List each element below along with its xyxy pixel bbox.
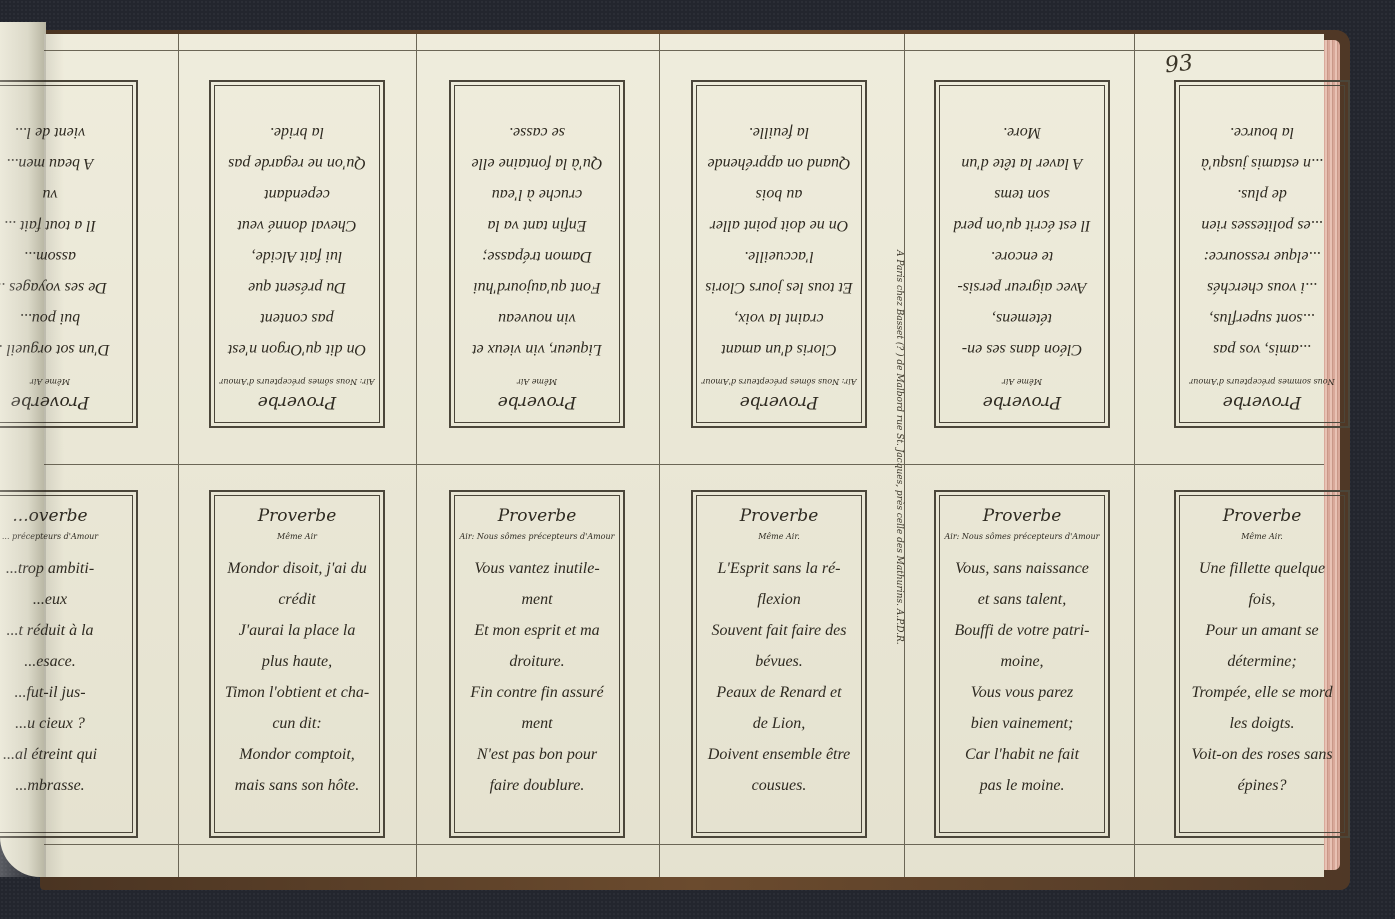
proverb-card: ProverbeNous sommes précepteurs d'Amour.… xyxy=(1174,80,1350,428)
proverb-card: ProverbeAir: Nous sômes précepteurs d'Am… xyxy=(209,80,385,428)
verse-line: On ne doit point aller xyxy=(697,210,861,241)
verse-line: Quand on appréhende xyxy=(697,148,861,179)
verse-line: son tems xyxy=(940,179,1104,210)
proverb-card: ProverbeMême AirLiqueur, vin vieux etvin… xyxy=(449,80,625,428)
card-air-note: Air: Nous sômes précepteurs d'Amour xyxy=(455,532,619,541)
cut-line-vertical xyxy=(1134,34,1135,877)
verse-line: cun dit: xyxy=(215,708,379,739)
verse-line: Qu'on ne regarde pas xyxy=(215,148,379,179)
card-title: Proverbe xyxy=(940,506,1104,526)
verse-line: More. xyxy=(940,117,1104,148)
verse-line: la bource. xyxy=(1180,117,1344,148)
proverb-card: ProverbeAir: Nous sômes précepteurs d'Am… xyxy=(934,490,1110,838)
verse-line: cousues. xyxy=(697,770,861,801)
verse-line: et sans talent, xyxy=(940,584,1104,615)
verse-line: les doigts. xyxy=(1180,708,1344,739)
verse-line: Cléon dans ses en- xyxy=(940,334,1104,365)
card-title: Proverbe xyxy=(1180,506,1344,526)
verse-line: se casse. xyxy=(455,117,619,148)
verse-line: Pour un amant se xyxy=(1180,615,1344,646)
cut-line-horizontal xyxy=(44,844,1324,845)
verse-line: Liqueur, vin vieux et xyxy=(455,334,619,365)
verse-line: crédit xyxy=(215,584,379,615)
verse-line: Et tous les jours Cloris xyxy=(697,272,861,303)
verse-line: Et mon esprit et ma xyxy=(455,615,619,646)
card-frame: ProverbeNous sommes précepteurs d'Amour.… xyxy=(1179,85,1345,423)
verse-line: vin nouveau xyxy=(455,303,619,334)
verse-line: Fin contre fin assuré xyxy=(455,677,619,708)
verse-line: cruche à l'eau xyxy=(455,179,619,210)
verse-line: la bride. xyxy=(215,117,379,148)
verse-line: J'aurai la place la xyxy=(215,615,379,646)
card-air-note: Même Air. xyxy=(1180,532,1344,541)
card-title: Proverbe xyxy=(455,506,619,526)
verse-line: ment xyxy=(455,584,619,615)
verse-line: faire doublure. xyxy=(455,770,619,801)
verse-line: de plus. xyxy=(1180,179,1344,210)
verse-line: Trompée, elle se mord xyxy=(1180,677,1344,708)
page-number: 93 xyxy=(1164,51,1194,79)
verse-line: ...es politesses rien xyxy=(1180,210,1344,241)
verse-line: Cheval donné veut xyxy=(215,210,379,241)
spine-shadow xyxy=(0,22,46,877)
verse-line: Une fillette quelque xyxy=(1180,553,1344,584)
verse-line: Enfin tant va la xyxy=(455,210,619,241)
card-air-note: Même Air. xyxy=(697,532,861,541)
verse-line: Du présent que xyxy=(215,272,379,303)
card-frame: ProverbeAir: Nous sômes précepteurs d'Am… xyxy=(214,85,380,423)
proverb-card: ProverbeMême AirMondor disoit, j'ai ducr… xyxy=(209,490,385,838)
verse-line: ...sont superflus, xyxy=(1180,303,1344,334)
cut-line-vertical xyxy=(416,34,417,877)
verse-line: Vous, sans naissance xyxy=(940,553,1104,584)
verse-line: de Lion, xyxy=(697,708,861,739)
verse-line: Car l'habit ne fait xyxy=(940,739,1104,770)
verse-line: droiture. xyxy=(455,646,619,677)
card-frame: ProverbeMême Air.L'Esprit sans la ré-fle… xyxy=(696,495,862,833)
verse-line: Avec aigreur persis- xyxy=(940,272,1104,303)
proverb-card: ProverbeMême AirCléon dans ses en-téteme… xyxy=(934,80,1110,428)
cut-line-vertical xyxy=(659,34,660,877)
verse-line: Doivent ensemble être xyxy=(697,739,861,770)
verse-line: lui fait Alcide, xyxy=(215,241,379,272)
verse-line: ...amis, vos pas xyxy=(1180,334,1344,365)
verse-line: moine, xyxy=(940,646,1104,677)
card-title: Proverbe xyxy=(215,506,379,526)
verse-line: ...n estamis jusqu'à xyxy=(1180,148,1344,179)
verse-line: ment xyxy=(455,708,619,739)
verse-line: Bouffi de votre patri- xyxy=(940,615,1104,646)
verse-line: tétemens, xyxy=(940,303,1104,334)
card-frame: ProverbeAir: Nous sômes précepteurs d'Am… xyxy=(454,495,620,833)
verse-line: Mondor comptoit, xyxy=(215,739,379,770)
card-title: Proverbe xyxy=(940,392,1104,412)
verse-line: épines? xyxy=(1180,770,1344,801)
verse-line: au bois xyxy=(697,179,861,210)
card-title: Proverbe xyxy=(697,506,861,526)
verse-line: bien vainement; xyxy=(940,708,1104,739)
card-air-note: Air: Nous sômes précepteurs d'Amour xyxy=(697,377,861,386)
verse-line: pas content xyxy=(215,303,379,334)
verse-line: Damon trépasse; xyxy=(455,241,619,272)
verse-line: la feuille. xyxy=(697,117,861,148)
card-title: Proverbe xyxy=(1180,392,1344,412)
card-air-note: Même Air xyxy=(455,377,619,386)
verse-line: ...i vous cherchés xyxy=(1180,272,1344,303)
printed-page: 93A Paris chez Basset (? ) de Malbord ru… xyxy=(44,34,1324,877)
cut-line-vertical xyxy=(178,34,179,877)
verse-line: mais sans son hôte. xyxy=(215,770,379,801)
card-frame: ProverbeMême AirMondor disoit, j'ai ducr… xyxy=(214,495,380,833)
proverb-card: ProverbeAir: Nous sômes précepteurs d'Am… xyxy=(449,490,625,838)
card-air-note: Air: Nous sômes précepteurs d'Amour xyxy=(215,377,379,386)
card-frame: ProverbeMême AirLiqueur, vin vieux etvin… xyxy=(454,85,620,423)
verse-line: pas le moine. xyxy=(940,770,1104,801)
verse-line: Timon l'obtient et cha- xyxy=(215,677,379,708)
cut-line-horizontal xyxy=(44,464,1324,465)
verse-line: détermine; xyxy=(1180,646,1344,677)
proverb-card: ProverbeMême Air.Une fillette quelquefoi… xyxy=(1174,490,1350,838)
verse-line: bévues. xyxy=(697,646,861,677)
verse-line: Vous vous parez xyxy=(940,677,1104,708)
card-frame: ProverbeMême Air.Une fillette quelquefoi… xyxy=(1179,495,1345,833)
verse-line: Voit-on des roses sans xyxy=(1180,739,1344,770)
verse-line: flexion xyxy=(697,584,861,615)
verse-line: te encore. xyxy=(940,241,1104,272)
proverb-card: ProverbeMême Air.L'Esprit sans la ré-fle… xyxy=(691,490,867,838)
verse-line: Font qu'aujourd'hui xyxy=(455,272,619,303)
verse-line: Mondor disoit, j'ai du xyxy=(215,553,379,584)
verse-line: ...elque ressource: xyxy=(1180,241,1344,272)
publisher-imprint: A Paris chez Basset (? ) de Malbord rue … xyxy=(886,250,904,670)
cut-line-horizontal xyxy=(44,50,1324,51)
verse-line: L'Esprit sans la ré- xyxy=(697,553,861,584)
card-frame: ProverbeMême AirCléon dans ses en-téteme… xyxy=(939,85,1105,423)
verse-line: plus haute, xyxy=(215,646,379,677)
verse-line: On dit qu'Orgon n'est xyxy=(215,334,379,365)
verse-line: l'accueille. xyxy=(697,241,861,272)
card-title: Proverbe xyxy=(697,392,861,412)
verse-line: fois, xyxy=(1180,584,1344,615)
verse-line: Cloris d'un amant xyxy=(697,334,861,365)
verse-line: Il est écrit qu'on perd xyxy=(940,210,1104,241)
card-title: Proverbe xyxy=(455,392,619,412)
proverb-card: ProverbeAir: Nous sômes précepteurs d'Am… xyxy=(691,80,867,428)
verse-line: Peaux de Renard et xyxy=(697,677,861,708)
card-air-note: Air: Nous sômes précepteurs d'Amour xyxy=(940,532,1104,541)
card-frame: ProverbeAir: Nous sômes précepteurs d'Am… xyxy=(696,85,862,423)
verse-line: A laver la tête d'un xyxy=(940,148,1104,179)
verse-line: N'est pas bon pour xyxy=(455,739,619,770)
card-title: Proverbe xyxy=(215,392,379,412)
card-air-note: Nous sommes précepteurs d'Amour xyxy=(1180,377,1344,386)
verse-line: Souvent fait faire des xyxy=(697,615,861,646)
verse-line: craint la voix, xyxy=(697,303,861,334)
verse-line: Qu'à la fontaine elle xyxy=(455,148,619,179)
cut-line-vertical xyxy=(904,34,905,877)
card-air-note: Même Air xyxy=(940,377,1104,386)
verse-line: cependant xyxy=(215,179,379,210)
verse-line: Vous vantez inutile- xyxy=(455,553,619,584)
card-frame: ProverbeAir: Nous sômes précepteurs d'Am… xyxy=(939,495,1105,833)
card-air-note: Même Air xyxy=(215,532,379,541)
